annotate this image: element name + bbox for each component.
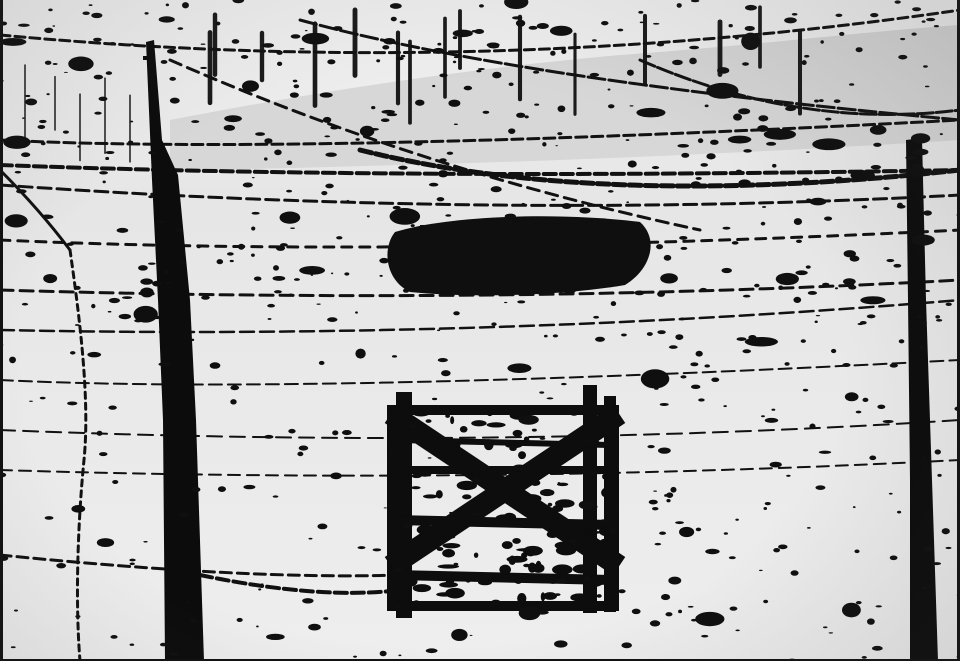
barbed-wire-photograph xyxy=(0,0,960,661)
photo-canvas xyxy=(0,0,960,661)
